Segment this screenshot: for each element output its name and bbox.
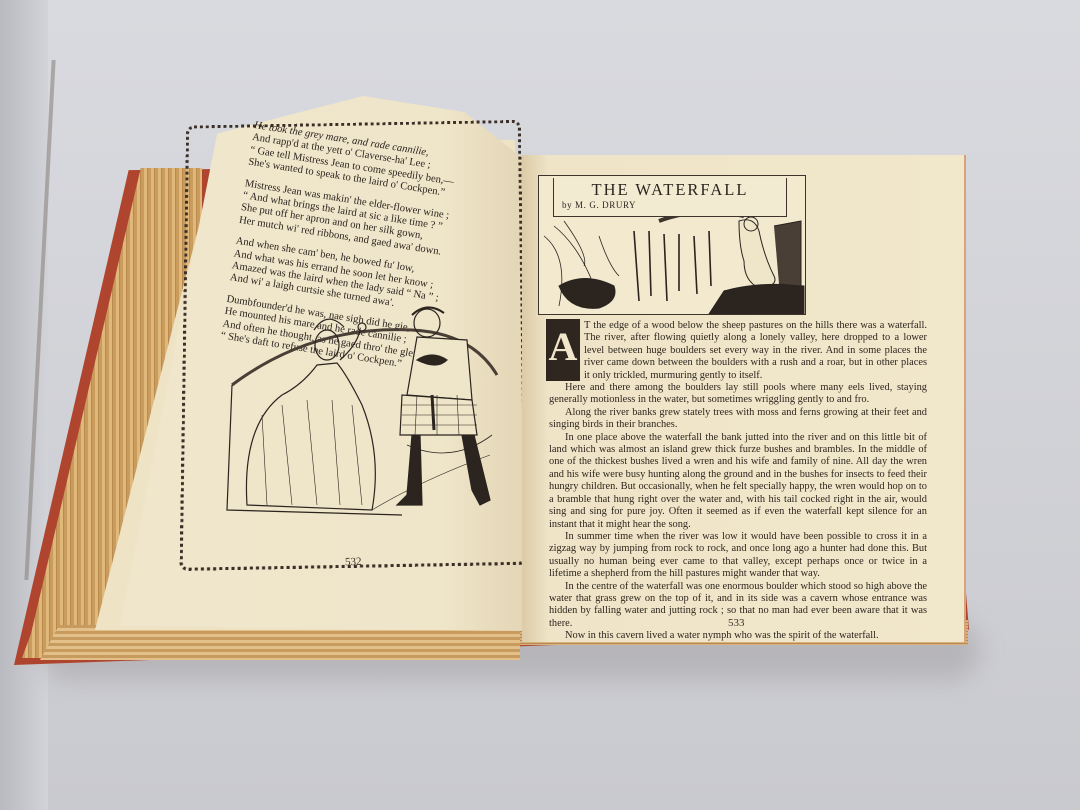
page-number-left: 532: [345, 556, 362, 569]
paragraph: Here and there among the boulders lay st…: [549, 382, 927, 407]
title-banner: THE WATERFALL by M. G. DRURY: [553, 178, 787, 217]
paragraph: In summer time when the river was low it…: [549, 531, 927, 581]
page-number-right: 533: [728, 617, 745, 629]
paragraph: In one place above the waterfall the ban…: [549, 432, 927, 531]
paragraph: A T the edge of a wood below the sheep p…: [549, 320, 927, 382]
waterfall-headpiece: THE WATERFALL by M. G. DRURY: [538, 175, 806, 315]
laird-and-lady-illustration: [222, 305, 507, 520]
page-edges-bottom: [40, 625, 520, 660]
story-title: THE WATERFALL: [554, 180, 786, 200]
paragraph: Now in this cavern lived a water nymph w…: [549, 630, 927, 642]
backdrop-fold: [0, 0, 48, 810]
story-byline: by M. G. DRURY: [562, 200, 636, 210]
paragraph: Along the river banks grew stately trees…: [549, 407, 927, 432]
drop-cap: A: [546, 319, 580, 381]
story-body: A T the edge of a wood below the sheep p…: [549, 320, 927, 643]
